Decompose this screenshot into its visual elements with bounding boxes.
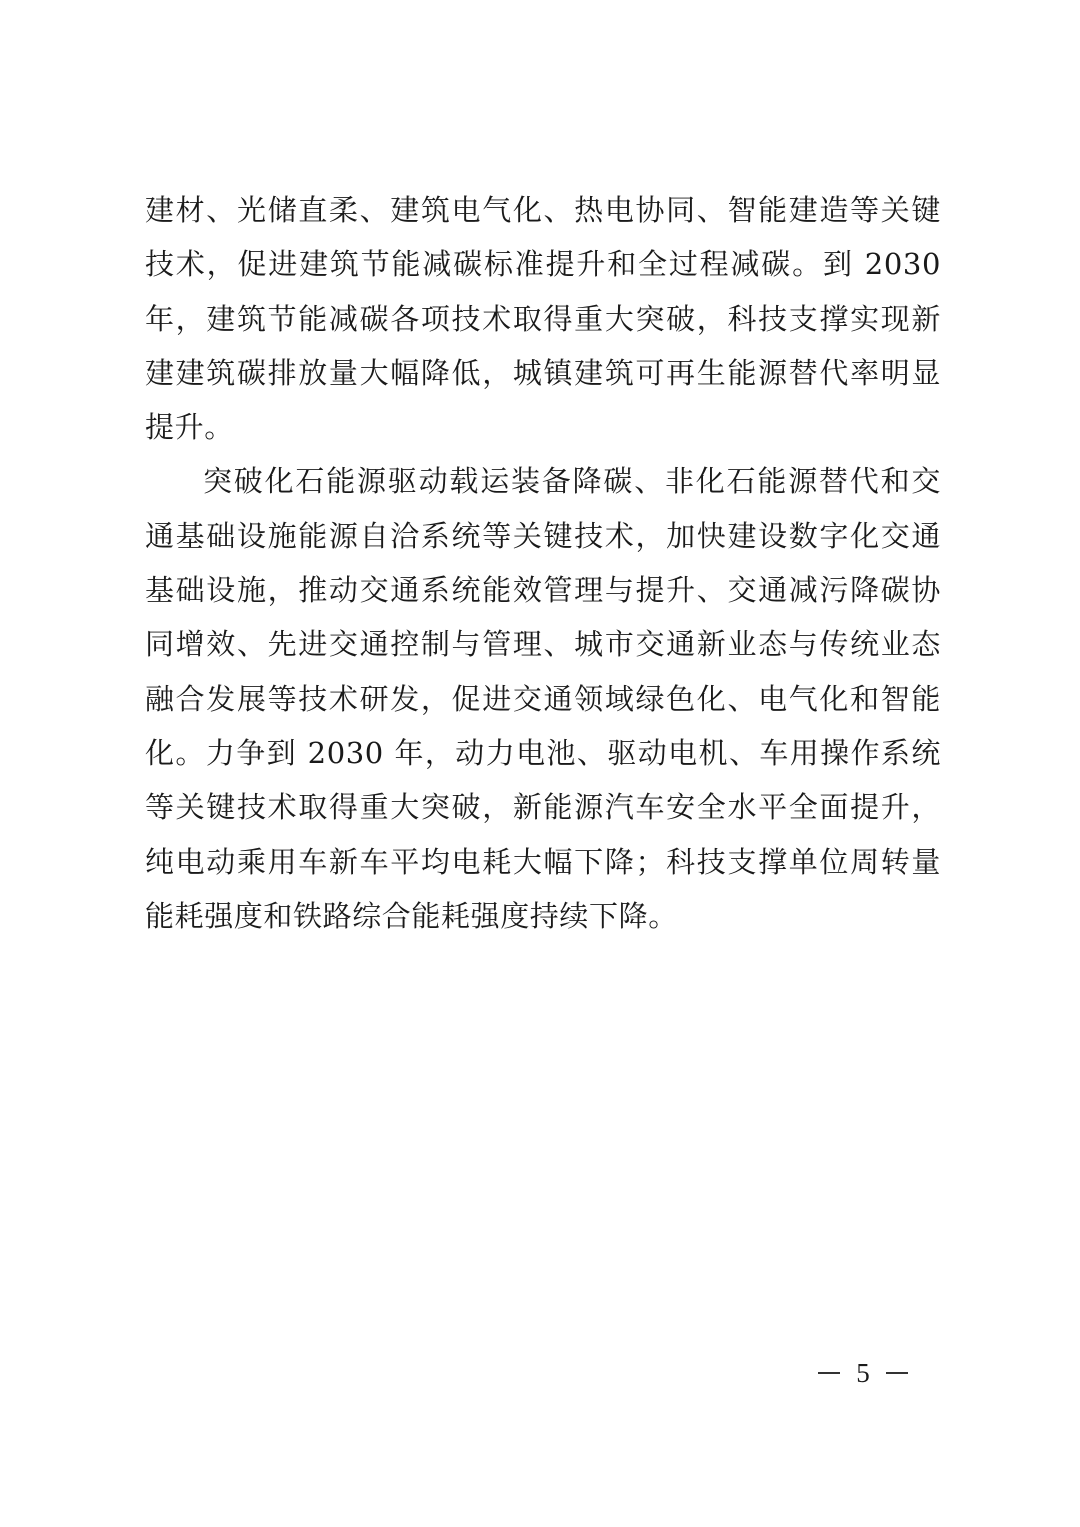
right-dash-decoration <box>886 1372 908 1374</box>
page-number: 5 <box>856 1358 870 1389</box>
body-text: 建材、光储直柔、建筑电气化、热电协同、智能建造等关键技术，促进建筑节能减碳标准提… <box>145 183 941 943</box>
document-page: 建材、光储直柔、建筑电气化、热电协同、智能建造等关键技术，促进建筑节能减碳标准提… <box>0 0 1080 1527</box>
left-dash-decoration <box>818 1372 840 1374</box>
page-number-footer: 5 <box>818 1355 908 1391</box>
paragraph-building-carbon: 建材、光储直柔、建筑电气化、热电协同、智能建造等关键技术，促进建筑节能减碳标准提… <box>145 183 941 454</box>
paragraph-transport-carbon: 突破化石能源驱动载运装备降碳、非化石能源替代和交通基础设施能源自洽系统等关键技术… <box>145 454 941 943</box>
